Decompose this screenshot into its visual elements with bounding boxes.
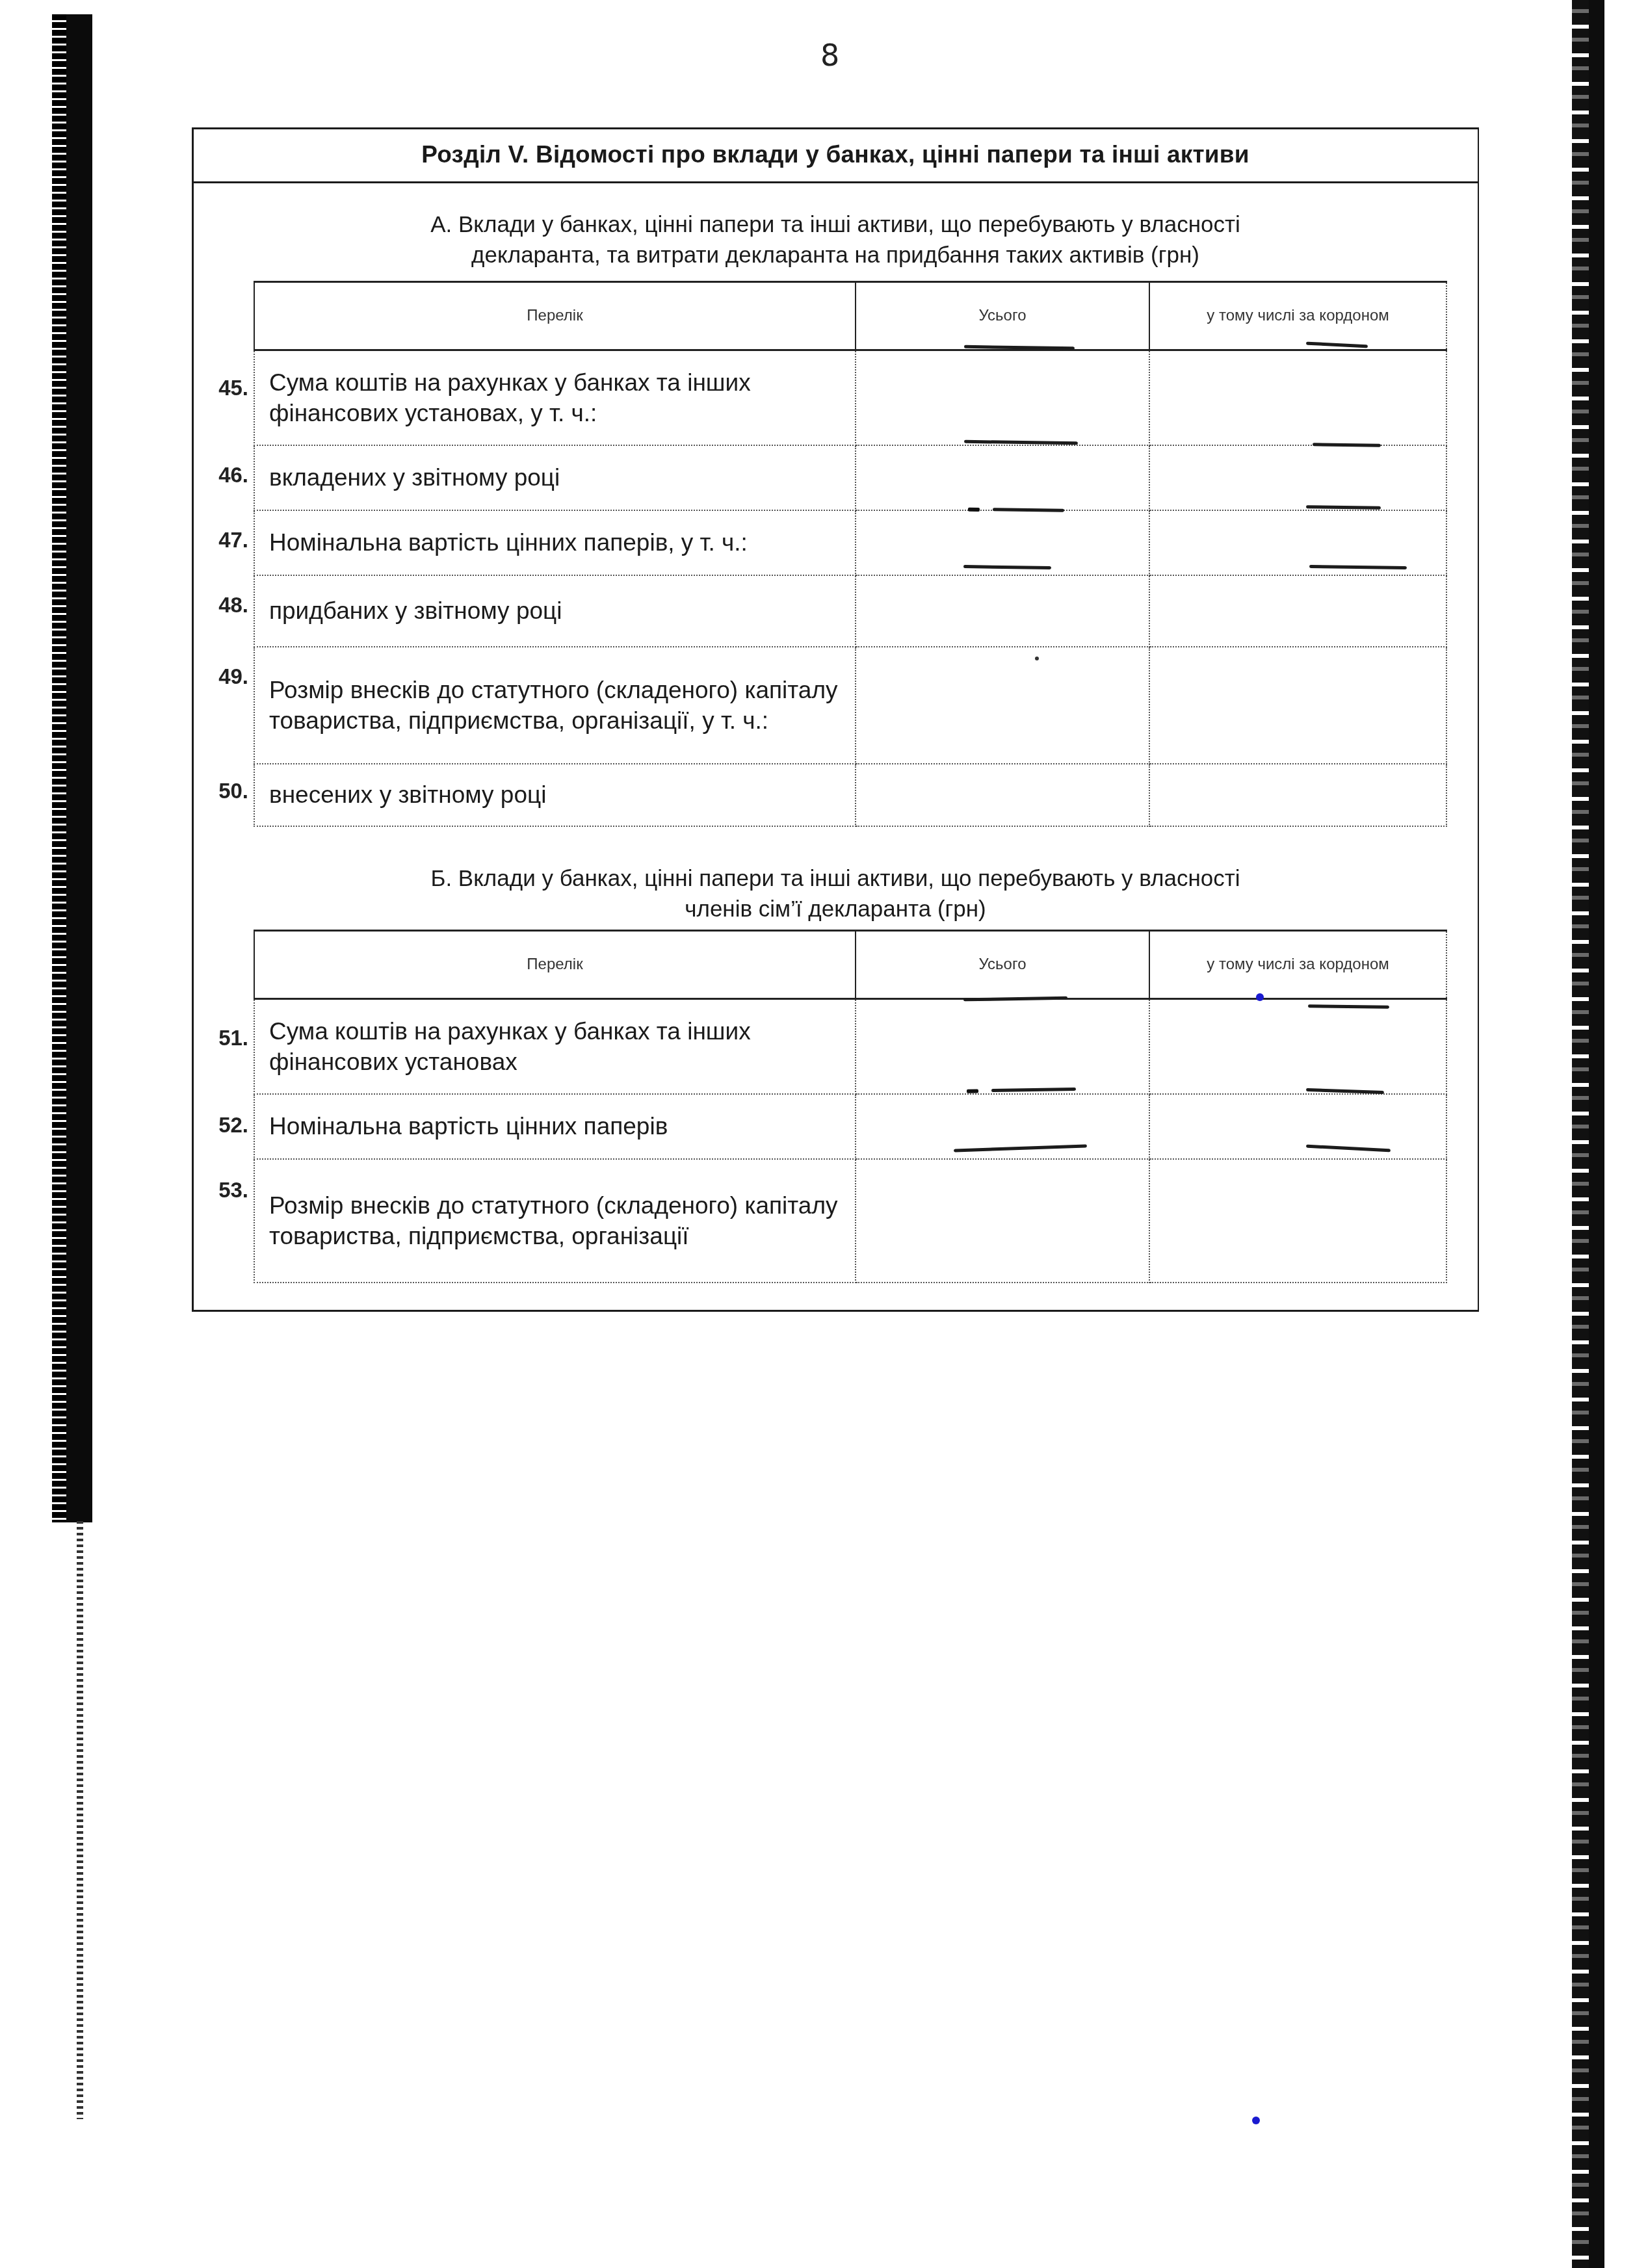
part-b-table: Перелік Усього у тому числі за кордоном … xyxy=(254,930,1447,1283)
dash-mark xyxy=(1308,1004,1389,1009)
row-number: 46. xyxy=(207,463,248,488)
scan-binding-edge-left-lower xyxy=(77,1521,83,2119)
abroad-cell[interactable] xyxy=(1149,647,1446,764)
part-b-letter: Б xyxy=(430,866,445,891)
part-b-heading-line2: членів сім’ї декларанта (грн) xyxy=(192,894,1479,924)
table-row: Номінальна вартість цінних паперів, у т.… xyxy=(254,510,1446,575)
total-cell[interactable] xyxy=(856,445,1149,510)
row-number: 52. xyxy=(207,1113,248,1138)
part-a-letter: А xyxy=(430,212,445,237)
abroad-cell[interactable] xyxy=(1149,445,1446,510)
pen-mark xyxy=(1256,993,1264,1001)
row-label: Сума коштів на рахунках у банках та інши… xyxy=(254,999,856,1094)
column-header-total: Усього xyxy=(856,282,1149,350)
pen-mark xyxy=(1252,2117,1260,2124)
total-cell[interactable] xyxy=(856,350,1149,445)
column-header-list: Перелік xyxy=(254,282,856,350)
ink-speck xyxy=(1035,657,1039,660)
abroad-cell[interactable] xyxy=(1149,999,1446,1094)
scan-binding-edge-left xyxy=(52,14,92,1522)
table-header-row: Перелік Усього у тому числі за кордоном xyxy=(254,931,1446,999)
abroad-cell[interactable] xyxy=(1149,1159,1446,1283)
abroad-cell[interactable] xyxy=(1149,350,1446,445)
row-number: 49. xyxy=(207,664,248,689)
row-label: Номінальна вартість цінних паперів, у т.… xyxy=(254,510,856,575)
abroad-cell[interactable] xyxy=(1149,575,1446,647)
row-label: Розмір внесків до статутного (складеного… xyxy=(254,647,856,764)
row-number: 51. xyxy=(207,1026,248,1050)
table-row: Сума коштів на рахунках у банках та інши… xyxy=(254,999,1446,1094)
row-number: 53. xyxy=(207,1178,248,1203)
abroad-cell[interactable] xyxy=(1149,510,1446,575)
dash-mark xyxy=(1313,443,1381,447)
row-label: внесених у звітному році xyxy=(254,764,856,826)
total-cell[interactable] xyxy=(856,1159,1149,1283)
table-row: Розмір внесків до статутного (складеного… xyxy=(254,1159,1446,1283)
abroad-cell[interactable] xyxy=(1149,1094,1446,1159)
section-title: Розділ V. Відомості про вклади у банках,… xyxy=(192,127,1479,183)
part-a-table: Перелік Усього у тому числі за кордоном … xyxy=(254,281,1447,827)
row-label: Номінальна вартість цінних паперів xyxy=(254,1094,856,1159)
total-cell[interactable] xyxy=(856,647,1149,764)
table-header-row: Перелік Усього у тому числі за кордоном xyxy=(254,282,1446,350)
column-header-list: Перелік xyxy=(254,931,856,999)
scan-edge-right xyxy=(1572,0,1604,2268)
part-b-heading-line1: . Вклади у банках, цінні папери та інші … xyxy=(445,866,1240,891)
total-cell[interactable] xyxy=(856,575,1149,647)
column-header-abroad: у тому числі за кордоном xyxy=(1149,282,1446,350)
dash-mark xyxy=(993,508,1064,512)
table-row: Розмір внесків до статутного (складеного… xyxy=(254,647,1446,764)
table-row: Сума коштів на рахунках у банках та інши… xyxy=(254,350,1446,445)
part-a-heading-line2: декларанта, та витрати декларанта на при… xyxy=(192,240,1479,270)
part-b-heading: Б. Вклади у банках, цінні папери та інші… xyxy=(192,863,1479,924)
row-label: Сума коштів на рахунках у банках та інши… xyxy=(254,350,856,445)
column-header-abroad: у тому числі за кордоном xyxy=(1149,931,1446,999)
table-row: внесених у звітному році xyxy=(254,764,1446,826)
table-row: Номінальна вартість цінних паперів xyxy=(254,1094,1446,1159)
table-row: придбаних у звітному році xyxy=(254,575,1446,647)
row-number: 45. xyxy=(207,376,248,400)
row-number: 50. xyxy=(207,779,248,803)
part-a-heading-line1: . Вклади у банках, цінні папери та інші … xyxy=(446,212,1240,237)
row-label: придбаних у звітному році xyxy=(254,575,856,647)
table-row: вкладених у звітному році xyxy=(254,445,1446,510)
row-label: Розмір внесків до статутного (складеного… xyxy=(254,1159,856,1283)
total-cell[interactable] xyxy=(856,999,1149,1094)
row-label: вкладених у звітному році xyxy=(254,445,856,510)
total-cell[interactable] xyxy=(856,764,1149,826)
abroad-cell[interactable] xyxy=(1149,764,1446,826)
column-header-total: Усього xyxy=(856,931,1149,999)
dash-mark xyxy=(1306,505,1381,510)
row-number: 47. xyxy=(207,528,248,553)
part-a-heading: А. Вклади у банках, цінні папери та інші… xyxy=(192,209,1479,270)
row-number: 48. xyxy=(207,593,248,618)
page-number: 8 xyxy=(820,38,839,73)
